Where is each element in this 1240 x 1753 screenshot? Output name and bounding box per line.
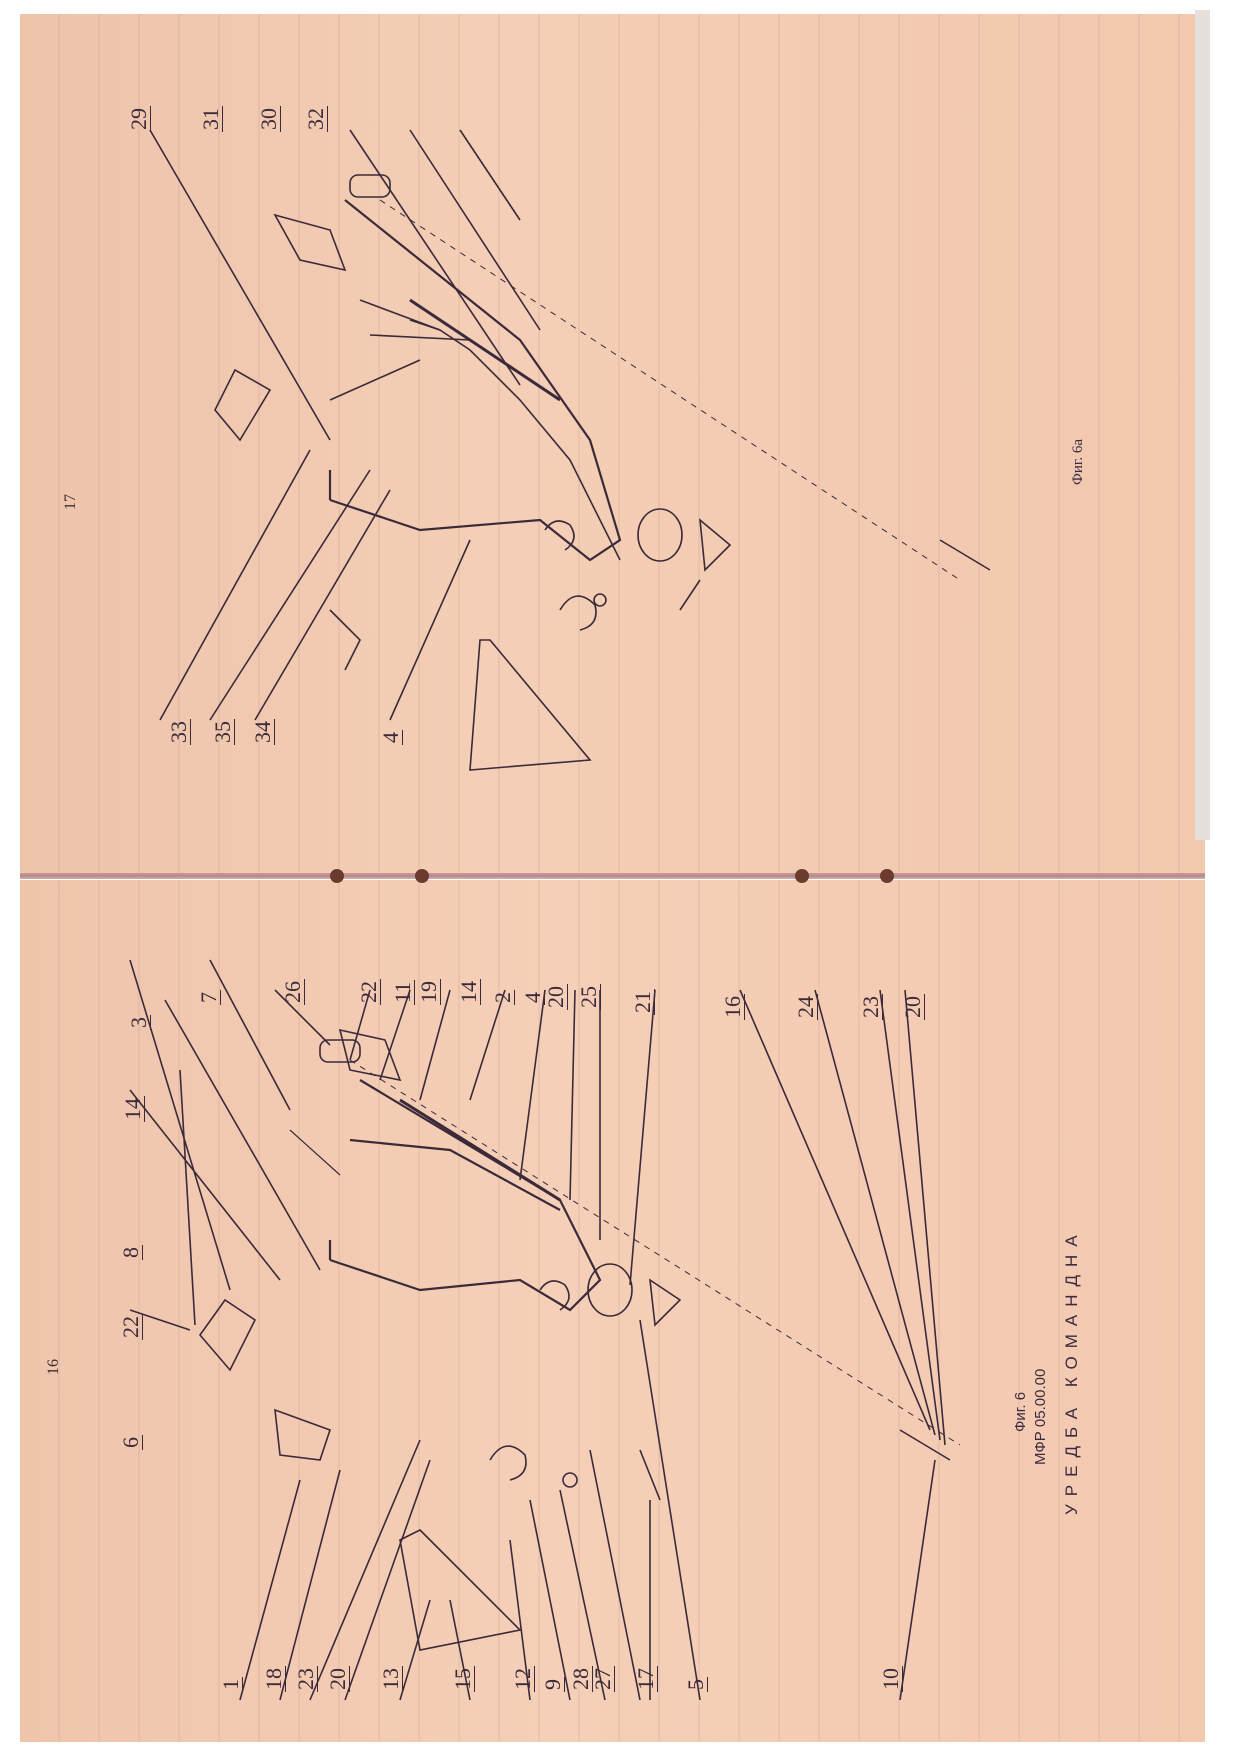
scanned-booklet-spread: 17 29 31 30 32 33 35 34 4 Фиг. 6а 16 6 2…: [0, 0, 1240, 1753]
callout-label: 8: [120, 1245, 143, 1260]
callout-label: 13: [380, 1666, 403, 1692]
callout-label: 29: [128, 106, 151, 132]
callout-label: 34: [252, 719, 275, 745]
callout-label: 23: [295, 1666, 318, 1692]
figure-title: УРЕДБА КОМАНДНА: [1062, 1227, 1082, 1515]
callout-label: 14: [122, 1096, 145, 1122]
exploded-parts-drawing: [0, 0, 1240, 1753]
callout-label: 4: [380, 730, 403, 745]
callout-label: 24: [795, 994, 818, 1020]
callout-label: 19: [418, 979, 441, 1005]
callout-label: 20: [545, 984, 568, 1010]
callout-label: 35: [212, 719, 235, 745]
callout-label: 5: [685, 1677, 708, 1692]
callout-label: 21: [632, 989, 655, 1015]
callout-label: 2: [492, 990, 515, 1005]
callout-label: 22: [120, 1314, 143, 1340]
callout-label: 15: [452, 1666, 475, 1692]
callout-label: 32: [305, 106, 328, 132]
callout-label: 6: [120, 1435, 143, 1450]
callout-label: 18: [263, 1666, 286, 1692]
figure-code: МФР 05.00.00: [1032, 1369, 1049, 1465]
callout-label: 33: [168, 719, 191, 745]
callout-label: 12: [512, 1666, 535, 1692]
callout-label: 17: [635, 1666, 658, 1692]
callout-label: 26: [282, 979, 305, 1005]
callout-label: 23: [860, 994, 883, 1020]
callout-label: 31: [200, 106, 223, 132]
page-number: 17: [62, 494, 80, 510]
callout-label: 11: [392, 980, 415, 1005]
callout-label: 4: [522, 990, 545, 1005]
callout-label: 14: [458, 979, 481, 1005]
callout-label: 27: [592, 1666, 615, 1692]
callout-label: 22: [358, 979, 381, 1005]
figure-number: Фиг. 6: [1012, 1392, 1029, 1432]
callout-label: 20: [902, 994, 925, 1020]
callout-label: 9: [542, 1677, 565, 1692]
page-number: 16: [45, 1359, 63, 1375]
callout-label: 25: [578, 984, 601, 1010]
callout-label: 16: [722, 994, 745, 1020]
figure-caption: Фиг. 6а: [1070, 439, 1087, 485]
callout-label: 30: [258, 106, 281, 132]
callout-label: 3: [128, 1015, 151, 1030]
callout-label: 20: [327, 1666, 350, 1692]
callout-label: 1: [220, 1677, 243, 1692]
callout-label: 7: [198, 990, 221, 1005]
callout-label: 10: [880, 1666, 903, 1692]
